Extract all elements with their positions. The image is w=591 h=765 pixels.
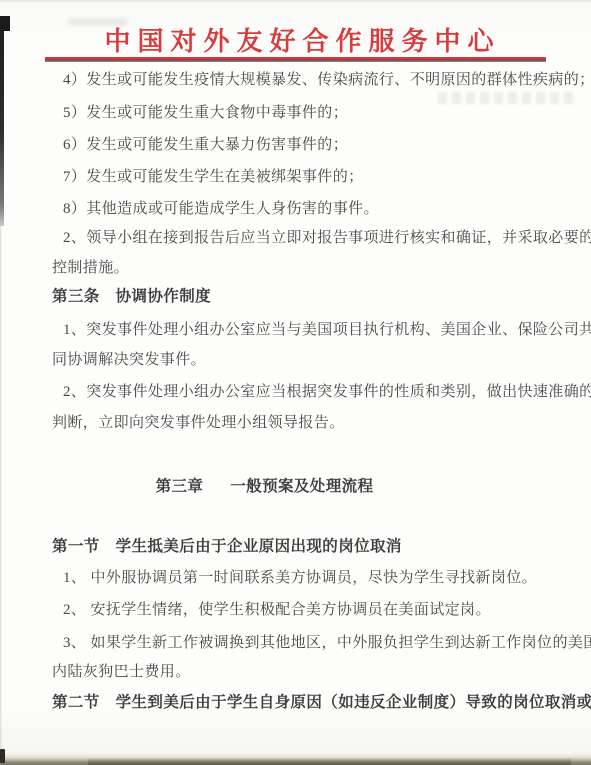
section-heading: 第二节 学生到美后由于学生自身原因（如违反企业制度）导致的岗位取消或被	[52, 687, 571, 719]
scan-edge-top	[0, 0, 591, 3]
list-item: 7）发生或可能发生学生在美被绑架事件的；	[52, 161, 571, 193]
paragraph-line: 同协调解决突发事件。	[52, 344, 571, 376]
scan-edge-left	[0, 16, 4, 226]
header-rule	[45, 57, 546, 62]
list-item: 2、 安抚学生情绪，使学生积极配合美方协调员在美面试定岗。	[52, 594, 571, 626]
chapter-heading: 第三章一般预案及处理流程	[0, 471, 560, 503]
list-item: 8）其他造成或可能造成学生人身伤害的事件。	[52, 193, 571, 225]
list-item: 4）发生或可能发生疫情大规模暴发、传染病流行、不明原因的群体性疾病的；	[52, 64, 571, 96]
page-title: 中国对外友好合作服务中心	[14, 25, 591, 59]
list-item: 1、 中外服协调员第一时间联系美方协调员，尽快为学生寻找新岗位。	[52, 562, 571, 594]
list-item: 2、突发事件处理小组办公室应当根据突发事件的性质和类别，做出快速准确的	[52, 376, 571, 408]
paragraph-line: 控制措施。	[52, 252, 571, 284]
paragraph-line: 内陆灰狗巴士费用。	[52, 656, 571, 688]
list-item: 6）发生或可能发生重大暴力伤害事件的；	[52, 129, 571, 161]
chapter-title: 一般预案及处理流程	[230, 478, 373, 495]
scan-edge-left-notch	[0, 16, 10, 31]
list-item: 5）发生或可能发生重大食物中毒事件的；	[52, 97, 571, 129]
paragraph-line: 判断，立即向突发事件处理小组领导报告。	[52, 407, 571, 439]
list-item: 2、领导小组在接到报告后应当立即对报告事项进行核实和确证，并采取必要的	[52, 222, 571, 254]
scan-corner-spot	[0, 749, 5, 763]
article-heading: 第三条 协调协作制度	[52, 281, 571, 313]
chapter-number: 第三章	[156, 478, 204, 495]
scan-edge-bottom-dark	[88, 758, 571, 765]
document-page: 中国对外友好合作服务中心 4）发生或可能发生疫情大规模暴发、传染病流行、不明原因…	[0, 0, 591, 765]
list-item: 1、突发事件处理小组办公室应当与美国项目执行机构、美国企业、保险公司共	[52, 314, 571, 346]
section-heading: 第一节 学生抵美后由于企业原因出现的岗位取消	[52, 531, 571, 563]
list-item: 3、 如果学生新工作被调换到其他地区，中外服负担学生到达新工作岗位的美国	[52, 627, 571, 659]
